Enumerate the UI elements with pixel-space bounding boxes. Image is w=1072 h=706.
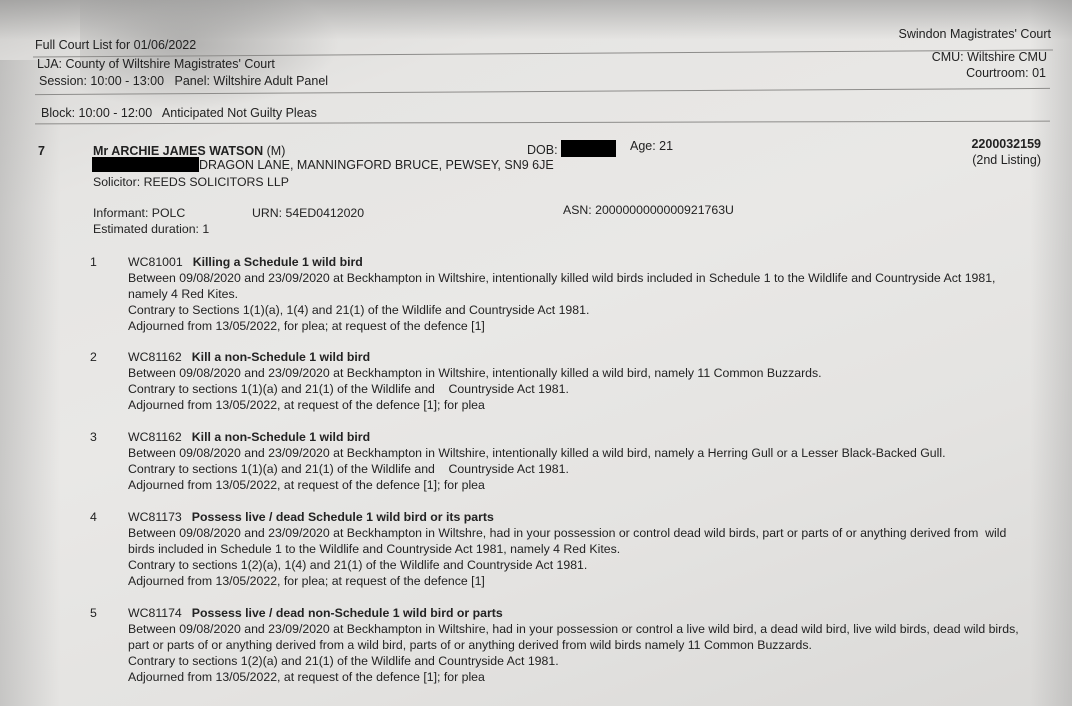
- offence-code: WC81162: [128, 350, 182, 364]
- offence-number: 4: [90, 509, 97, 525]
- offence-item: 1WC81001Killing a Schedule 1 wild birdBe…: [90, 254, 1050, 334]
- photo-shadow-left: [0, 60, 60, 706]
- solicitor: Solicitor: REEDS SOLICITORS LLP: [93, 175, 289, 189]
- offence-detail-line: Between 09/08/2020 and 23/09/2020 at Bec…: [128, 270, 1050, 286]
- offence-detail-line: Adjourned from 13/05/2022, at request of…: [128, 397, 1050, 413]
- offence-title: Kill a non-Schedule 1 wild bird: [192, 350, 370, 364]
- offence-title: Possess live / dead Schedule 1 wild bird…: [192, 510, 494, 524]
- offence-detail-line: Between 09/08/2020 and 23/09/2020 at Bec…: [128, 621, 1050, 637]
- address-text: DRAGON LANE, MANNINGFORD BRUCE, PEWSEY, …: [199, 158, 554, 172]
- block: Block: 10:00 - 12:00 Anticipated Not Gui…: [41, 106, 317, 120]
- offence-detail-line: Contrary to Sections 1(1)(a), 1(4) and 2…: [128, 302, 1050, 318]
- offence-number: 1: [90, 254, 97, 270]
- offence-code: WC81001: [128, 255, 183, 269]
- offence-title: Possess live / dead non-Schedule 1 wild …: [192, 606, 503, 620]
- offence-item: 3WC81162Kill a non-Schedule 1 wild birdB…: [90, 429, 1050, 493]
- dob: DOB:: [527, 140, 616, 157]
- offence-number: 3: [90, 429, 97, 445]
- offence-title: Killing a Schedule 1 wild bird: [193, 255, 363, 269]
- estimated-duration: Estimated duration: 1: [93, 222, 209, 236]
- list-number: 7: [38, 144, 45, 158]
- address-redaction: [92, 157, 199, 172]
- lja: LJA: County of Wiltshire Magistrates' Co…: [37, 57, 275, 71]
- offence-code: WC81174: [128, 606, 182, 620]
- age: Age: 21: [630, 139, 673, 153]
- header-rule-2: [35, 88, 1050, 95]
- court-name: Swindon Magistrates' Court: [899, 27, 1051, 41]
- offence-number: 2: [90, 349, 97, 365]
- listing: (2nd Listing): [972, 153, 1041, 167]
- defendant-sex: (M): [267, 144, 286, 158]
- offence-detail-line: Contrary to sections 1(1)(a) and 21(1) o…: [128, 381, 1050, 397]
- offence-detail-line: Adjourned from 13/05/2022, for plea; at …: [128, 573, 1050, 589]
- defendant: Mr ARCHIE JAMES WATSON (M): [93, 144, 285, 158]
- offence-item: 2WC81162Kill a non-Schedule 1 wild birdB…: [90, 349, 1050, 413]
- offence-detail-line: Adjourned from 13/05/2022, at request of…: [128, 477, 1050, 493]
- offence-number: 5: [90, 605, 97, 621]
- offence-detail-line: Between 09/08/2020 and 23/09/2020 at Bec…: [128, 525, 1050, 541]
- offence-detail-line: Between 09/08/2020 and 23/09/2020 at Bec…: [128, 445, 1050, 461]
- dob-label: DOB:: [527, 143, 558, 157]
- case-number: 2200032159: [971, 137, 1041, 151]
- offence-detail-line: namely 4 Red Kites.: [128, 286, 1050, 302]
- offence-detail-line: Contrary to sections 1(2)(a) and 21(1) o…: [128, 653, 1050, 669]
- session: Session: 10:00 - 13:00 Panel: Wiltshire …: [39, 74, 328, 88]
- offence-detail-line: Contrary to sections 1(2)(a), 1(4) and 2…: [128, 557, 1050, 573]
- offence-detail-line: part or parts of or anything derived fro…: [128, 637, 1050, 653]
- offence-item: 5WC81174Possess live / dead non-Schedule…: [90, 605, 1050, 685]
- defendant-name: Mr ARCHIE JAMES WATSON: [93, 144, 263, 158]
- address: DRAGON LANE, MANNINGFORD BRUCE, PEWSEY, …: [92, 157, 554, 172]
- offence-title: Kill a non-Schedule 1 wild bird: [192, 430, 370, 444]
- courtroom: Courtroom: 01: [966, 66, 1046, 80]
- offence-detail-line: Contrary to sections 1(1)(a) and 21(1) o…: [128, 461, 1050, 477]
- offence-detail-line: Between 09/08/2020 and 23/09/2020 at Bec…: [128, 365, 1050, 381]
- header-rule-3: [35, 121, 1050, 125]
- urn: URN: 54ED0412020: [252, 206, 364, 220]
- offence-item: 4WC81173Possess live / dead Schedule 1 w…: [90, 509, 1050, 589]
- offence-code: WC81162: [128, 430, 182, 444]
- informant: Informant: POLC: [93, 206, 185, 220]
- offence-detail-line: birds included in Schedule 1 to the Wild…: [128, 541, 1050, 557]
- list-title: Full Court List for 01/06/2022: [35, 38, 196, 52]
- offence-detail-line: Adjourned from 13/05/2022, for plea; at …: [128, 318, 1050, 334]
- cmu: CMU: Wiltshire CMU: [932, 50, 1047, 64]
- offence-code: WC81173: [128, 510, 182, 524]
- offence-detail-line: Adjourned from 13/05/2022, at request of…: [128, 669, 1050, 685]
- asn: ASN: 2000000000000921763U: [563, 203, 734, 217]
- dob-redaction: [561, 140, 616, 157]
